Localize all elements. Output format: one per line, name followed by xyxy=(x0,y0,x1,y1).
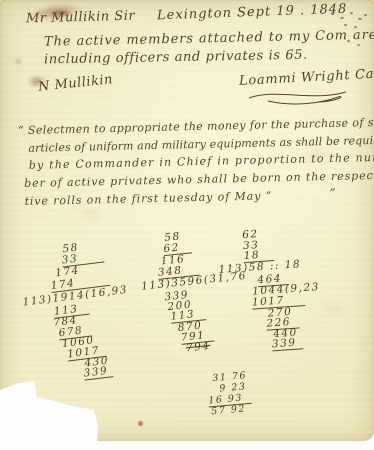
scan-margin xyxy=(0,441,374,450)
manuscript-page: { "letter": { "recipient": "Mr Mullikin … xyxy=(0,0,374,450)
quote-line-5: tive rolls on the first tuesday of May ” xyxy=(24,189,272,208)
calc-line-struck: 794 xyxy=(185,341,211,355)
quote-closing-mark: ” xyxy=(329,186,336,200)
ink-speck xyxy=(344,24,347,26)
calc-total-line: 57 92 xyxy=(211,403,247,417)
calc-line: 339 xyxy=(83,365,113,380)
signature-flourish-swash xyxy=(246,86,354,108)
quote-line-4: ber of active privates who shall be born… xyxy=(24,169,374,190)
quote-line-3: by the Commander in Chief in proportion … xyxy=(29,151,374,172)
addressee-signature: N Mullikin xyxy=(37,72,113,95)
body-line-2: including officers and privates is 65. xyxy=(44,48,308,68)
salutation: Mr Mullikin Sir xyxy=(26,9,135,27)
ink-speck xyxy=(357,44,360,46)
ink-spot-stain xyxy=(14,58,23,65)
foxing-stain xyxy=(320,300,348,320)
red-spot-stain xyxy=(138,421,143,426)
ink-speck xyxy=(350,12,353,14)
paper-sheet: Mr Mullikin Sir Lexington Sept 19 . 1848… xyxy=(0,0,374,441)
ink-speck xyxy=(364,14,367,16)
calc-line: 339 xyxy=(272,337,303,351)
ink-speck xyxy=(347,40,350,42)
body-line-1: The active members attached to my Com ar… xyxy=(44,27,374,49)
ink-speck xyxy=(358,18,362,21)
dateline: Lexington Sept 19 . 1848 xyxy=(157,2,348,24)
quote-line-1: “ Selectmen to appropriate the money for… xyxy=(18,115,374,137)
ink-speck xyxy=(340,17,344,20)
foxing-stain xyxy=(78,205,104,223)
